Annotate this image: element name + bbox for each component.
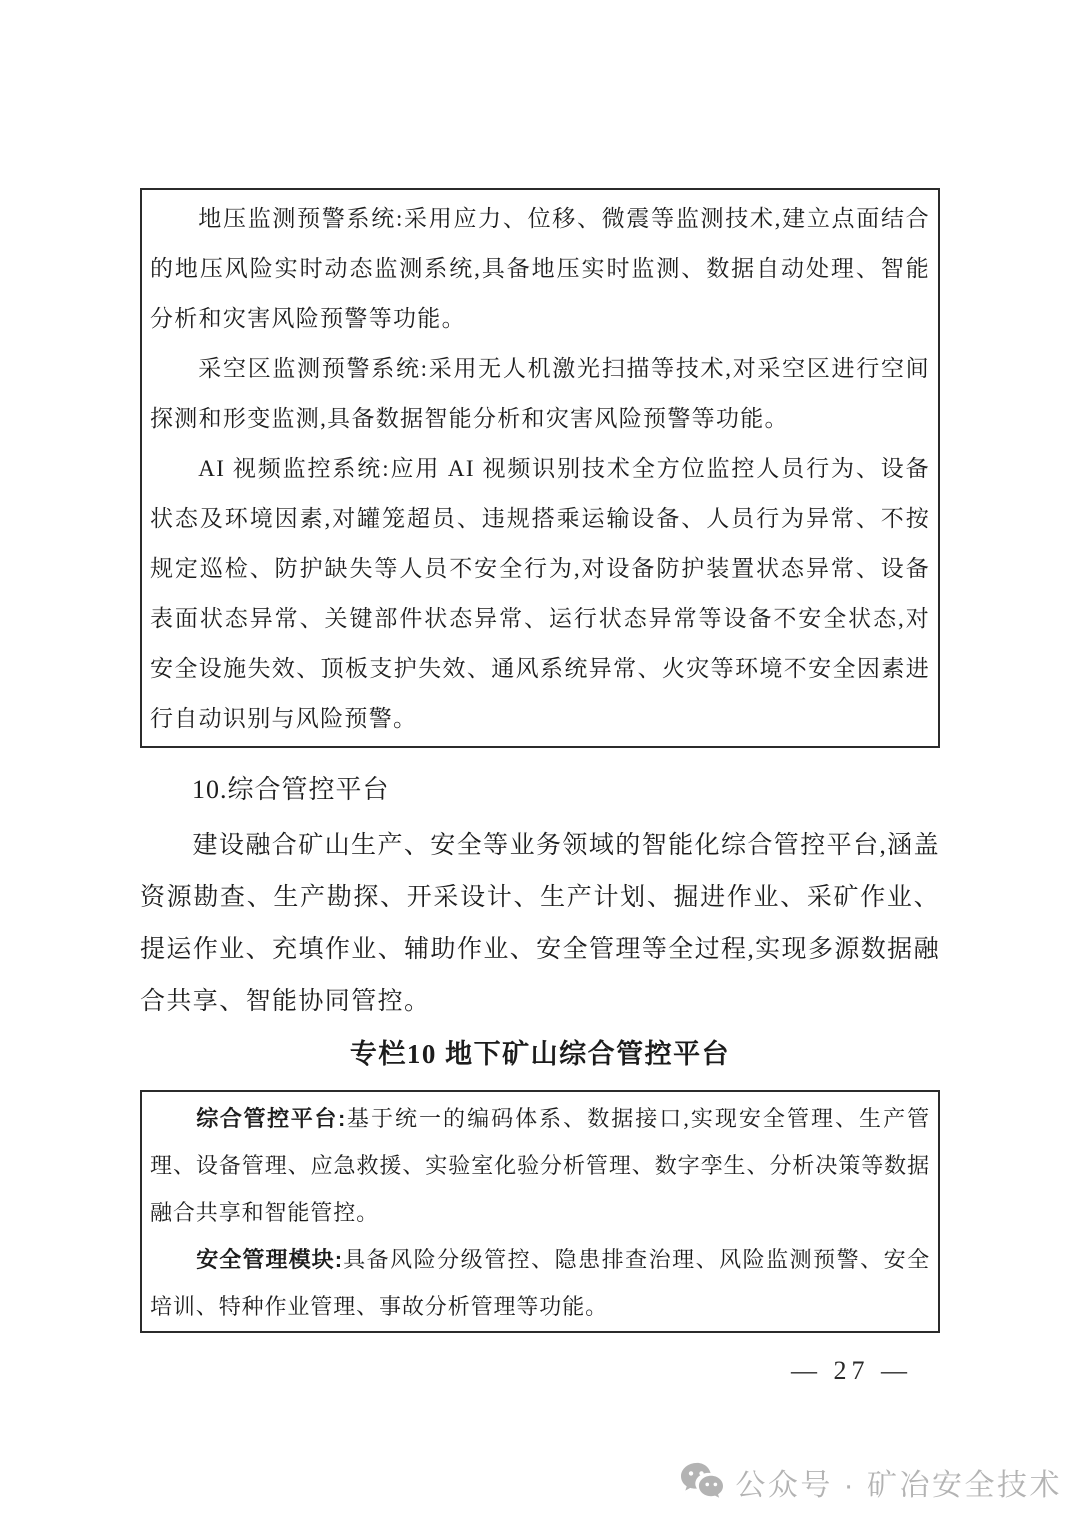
- panel-paragraph: 地压监测预警系统:采用应力、位移、微震等监测技术,建立点面结合的地压风险实时动态…: [150, 194, 930, 344]
- column-10-heading: 专栏10 地下矿山综合管控平台: [140, 1034, 940, 1074]
- panel-paragraph: 综合管控平台:基于统一的编码体系、数据接口,实现安全管理、生产管理、设备管理、应…: [150, 1095, 930, 1236]
- page-content: 地压监测预警系统:采用应力、位移、微震等监测技术,建立点面结合的地压风险实时动态…: [140, 188, 940, 1333]
- page-number: — 27 —: [791, 1356, 912, 1386]
- wechat-watermark: 公众号 · 矿冶安全技术: [679, 1460, 1062, 1504]
- monitoring-systems-panel: 地压监测预警系统:采用应力、位移、微震等监测技术,建立点面结合的地压风险实时动态…: [140, 188, 940, 748]
- control-platform-panel: 综合管控平台:基于统一的编码体系、数据接口,实现安全管理、生产管理、设备管理、应…: [140, 1090, 940, 1333]
- wechat-icon: [679, 1461, 725, 1503]
- section-paragraph: 建设融合矿山生产、安全等业务领域的智能化综合管控平台,涵盖资源勘查、生产勘探、开…: [140, 820, 940, 1028]
- paragraph-lead: 安全管理模块:: [196, 1247, 342, 1272]
- document-page: 地压监测预警系统:采用应力、位移、微震等监测技术,建立点面结合的地压风险实时动态…: [0, 0, 1080, 1527]
- section-heading-10: 10.综合管控平台: [140, 772, 940, 808]
- watermark-label: 公众号 · 矿冶安全技术: [735, 1460, 1062, 1504]
- panel-paragraph: AI 视频监控系统:应用 AI 视频识别技术全方位监控人员行为、设备状态及环境因…: [150, 444, 930, 744]
- panel-paragraph: 采空区监测预警系统:采用无人机激光扫描等技术,对采空区进行空间探测和形变监测,具…: [150, 344, 930, 444]
- panel-paragraph: 安全管理模块:具备风险分级管控、隐患排查治理、风险监测预警、安全培训、特种作业管…: [150, 1236, 930, 1330]
- paragraph-lead: 综合管控平台:: [196, 1106, 346, 1131]
